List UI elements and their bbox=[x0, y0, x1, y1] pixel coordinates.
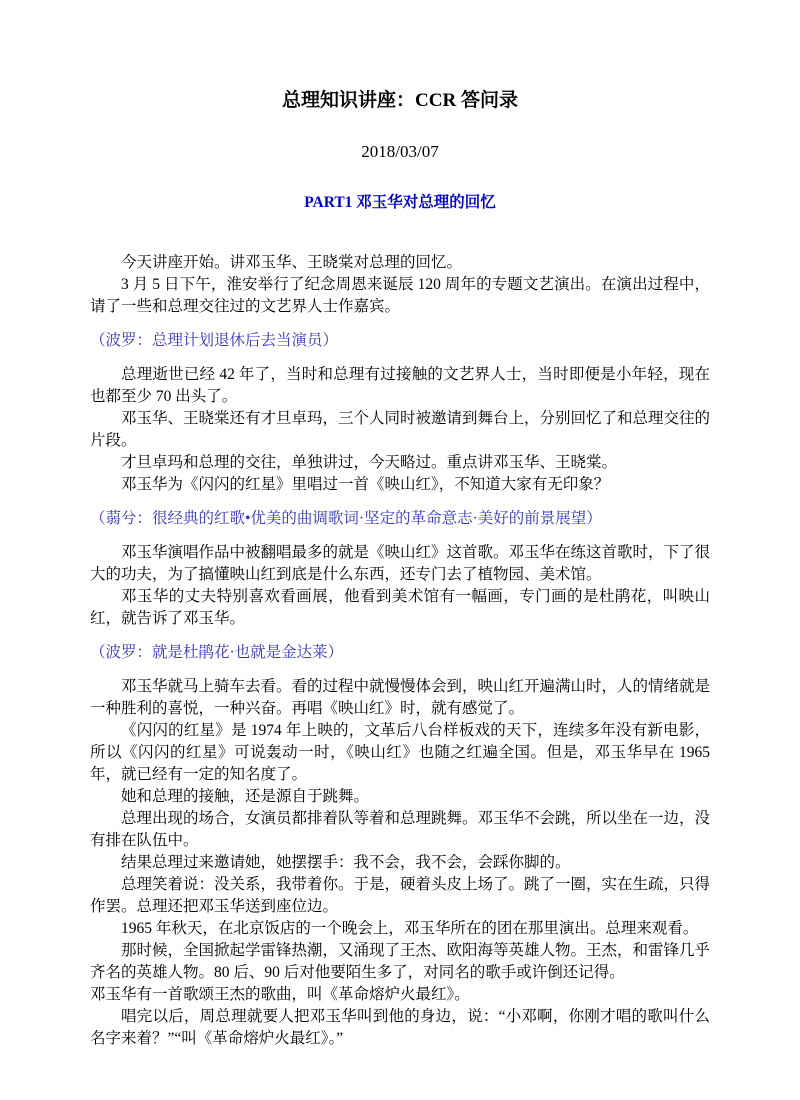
commentary-line: （波罗：就是杜鹃花·也就是金达莱） bbox=[90, 642, 710, 664]
paragraph: 邓玉华就马上骑车去看。看的过程中就慢慢体会到，映山红开遍满山时，人的情绪就是一种… bbox=[90, 676, 710, 720]
paragraph: 3 月 5 日下午，淮安举行了纪念周恩来诞辰 120 周年的专题文艺演出。在演出… bbox=[90, 274, 710, 318]
paragraph: 总理逝世已经 42 年了，当时和总理有过接触的文艺界人士，当时即便是小年轻，现在… bbox=[90, 364, 710, 408]
document-content: 总理知识讲座：CCR 答问录 2018/03/07 PART1 邓玉华对总理的回… bbox=[90, 88, 710, 1050]
paragraph: 她和总理的接触，还是源自于跳舞。 bbox=[90, 786, 710, 808]
document-date: 2018/03/07 bbox=[90, 140, 710, 164]
commentary-line: （蒻兮：很经典的红歌•优美的曲调歌词·坚定的革命意志·美好的前景展望） bbox=[90, 508, 710, 530]
paragraph: 今天讲座开始。讲邓玉华、王晓棠对总理的回忆。 bbox=[90, 252, 710, 274]
paragraph: 邓玉华为《闪闪的红星》里唱过一首《映山红》，不知道大家有无印象？ bbox=[90, 474, 710, 496]
document-title: 总理知识讲座：CCR 答问录 bbox=[90, 88, 710, 114]
paragraph: 邓玉华的丈夫特别喜欢看画展，他看到美术馆有一幅画，专门画的是杜鹃花，叫映山红，就… bbox=[90, 586, 710, 630]
paragraph: 才旦卓玛和总理的交往，单独讲过，今天略过。重点讲邓玉华、王晓棠。 bbox=[90, 452, 710, 474]
document-body: 今天讲座开始。讲邓玉华、王晓棠对总理的回忆。 3 月 5 日下午，淮安举行了纪念… bbox=[90, 252, 710, 1050]
document-page: 总理知识讲座：CCR 答问录 2018/03/07 PART1 邓玉华对总理的回… bbox=[0, 0, 800, 1100]
paragraph: 邓玉华演唱作品中被翻唱最多的就是《映山红》这首歌。邓玉华在练这首歌时，下了很大的… bbox=[90, 542, 710, 586]
paragraph: 1965 年秋天，在北京饭店的一个晚会上，邓玉华所在的团在那里演出。总理来观看。 bbox=[90, 918, 710, 940]
paragraph: 结果总理过来邀请她，她摆摆手：我不会，我不会，会踩你脚的。 bbox=[90, 852, 710, 874]
paragraph: 《闪闪的红星》是 1974 年上映的，文革后八台样板戏的天下，连续多年没有新电影… bbox=[90, 720, 710, 786]
paragraph: 唱完以后，周总理就要人把邓玉华叫到他的身边，说：“小邓啊，你刚才唱的歌叫什么名字… bbox=[90, 1006, 710, 1050]
paragraph: 那时候，全国掀起学雷锋热潮，又涌现了王杰、欧阳海等英雄人物。王杰，和雷锋几乎齐名… bbox=[90, 940, 710, 984]
paragraph: 邓玉华、王晓棠还有才旦卓玛，三个人同时被邀请到舞台上，分别回忆了和总理交往的片段… bbox=[90, 408, 710, 452]
section-heading-part1: PART1 邓玉华对总理的回忆 bbox=[90, 192, 710, 214]
paragraph: 邓玉华有一首歌颂王杰的歌曲，叫《革命熔炉火最红》。 bbox=[90, 984, 710, 1006]
commentary-line: （波罗：总理计划退休后去当演员） bbox=[90, 330, 710, 352]
paragraph: 总理出现的场合，女演员都排着队等着和总理跳舞。邓玉华不会跳，所以坐在一边，没有排… bbox=[90, 808, 710, 852]
paragraph: 总理笑着说：没关系，我带着你。于是，硬着头皮上场了。跳了一圈，实在生疏，只得作罢… bbox=[90, 874, 710, 918]
